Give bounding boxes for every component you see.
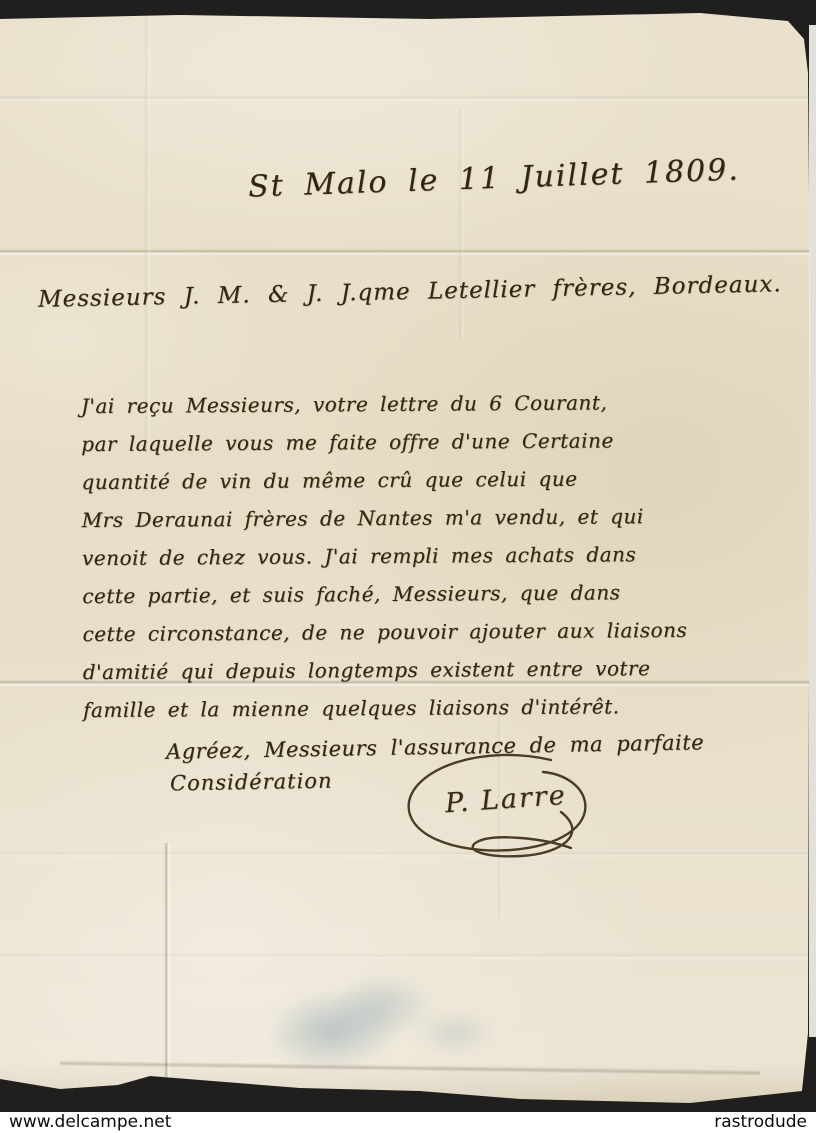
body-line: Mrs Deraunai frères de Nantes m'a vendu,…: [82, 497, 687, 539]
dateline: St Malo le 11 Juillet 1809.: [248, 152, 741, 204]
body-line: venoit de chez vous. J'ai rempli mes ach…: [82, 535, 687, 577]
watermark-left: www.delcampe.net: [9, 1112, 171, 1133]
watermark-right: rastrodude: [714, 1112, 807, 1133]
body-line: famille et la mienne quelques liaisons d…: [83, 687, 688, 729]
letter-paper: St Malo le 11 Juillet 1809. Messieurs J.…: [0, 13, 810, 1105]
body-line: d'amitié qui depuis longtemps existent e…: [83, 649, 688, 691]
watermark-bar: www.delcampe.net rastrodude: [0, 1112, 816, 1133]
fold-crease-vertical-3: [164, 843, 171, 1098]
body-line: cette circonstance, de ne pouvoir ajoute…: [82, 611, 687, 653]
body-line: cette partie, et suis faché, Messieurs, …: [82, 573, 687, 615]
body-line: par laquelle vous me faite offre d'une C…: [81, 421, 686, 463]
scan-edge-sliver: [809, 25, 816, 1037]
letter-body: J'ai reçu Messieurs, votre lettre du 6 C…: [81, 383, 688, 729]
body-line: J'ai reçu Messieurs, votre lettre du 6 C…: [81, 383, 686, 425]
fold-crease-horizontal-2: [0, 249, 810, 256]
signature-block: P. Larre: [393, 750, 611, 868]
body-line: quantité de vin du même crû que celui qu…: [81, 459, 686, 501]
ink-showthrough-stain: [395, 998, 515, 1068]
fold-crease-horizontal-1: [0, 95, 810, 102]
scanned-letter-image: St Malo le 11 Juillet 1809. Messieurs J.…: [0, 0, 816, 1133]
closing-line: Considération: [170, 769, 333, 796]
